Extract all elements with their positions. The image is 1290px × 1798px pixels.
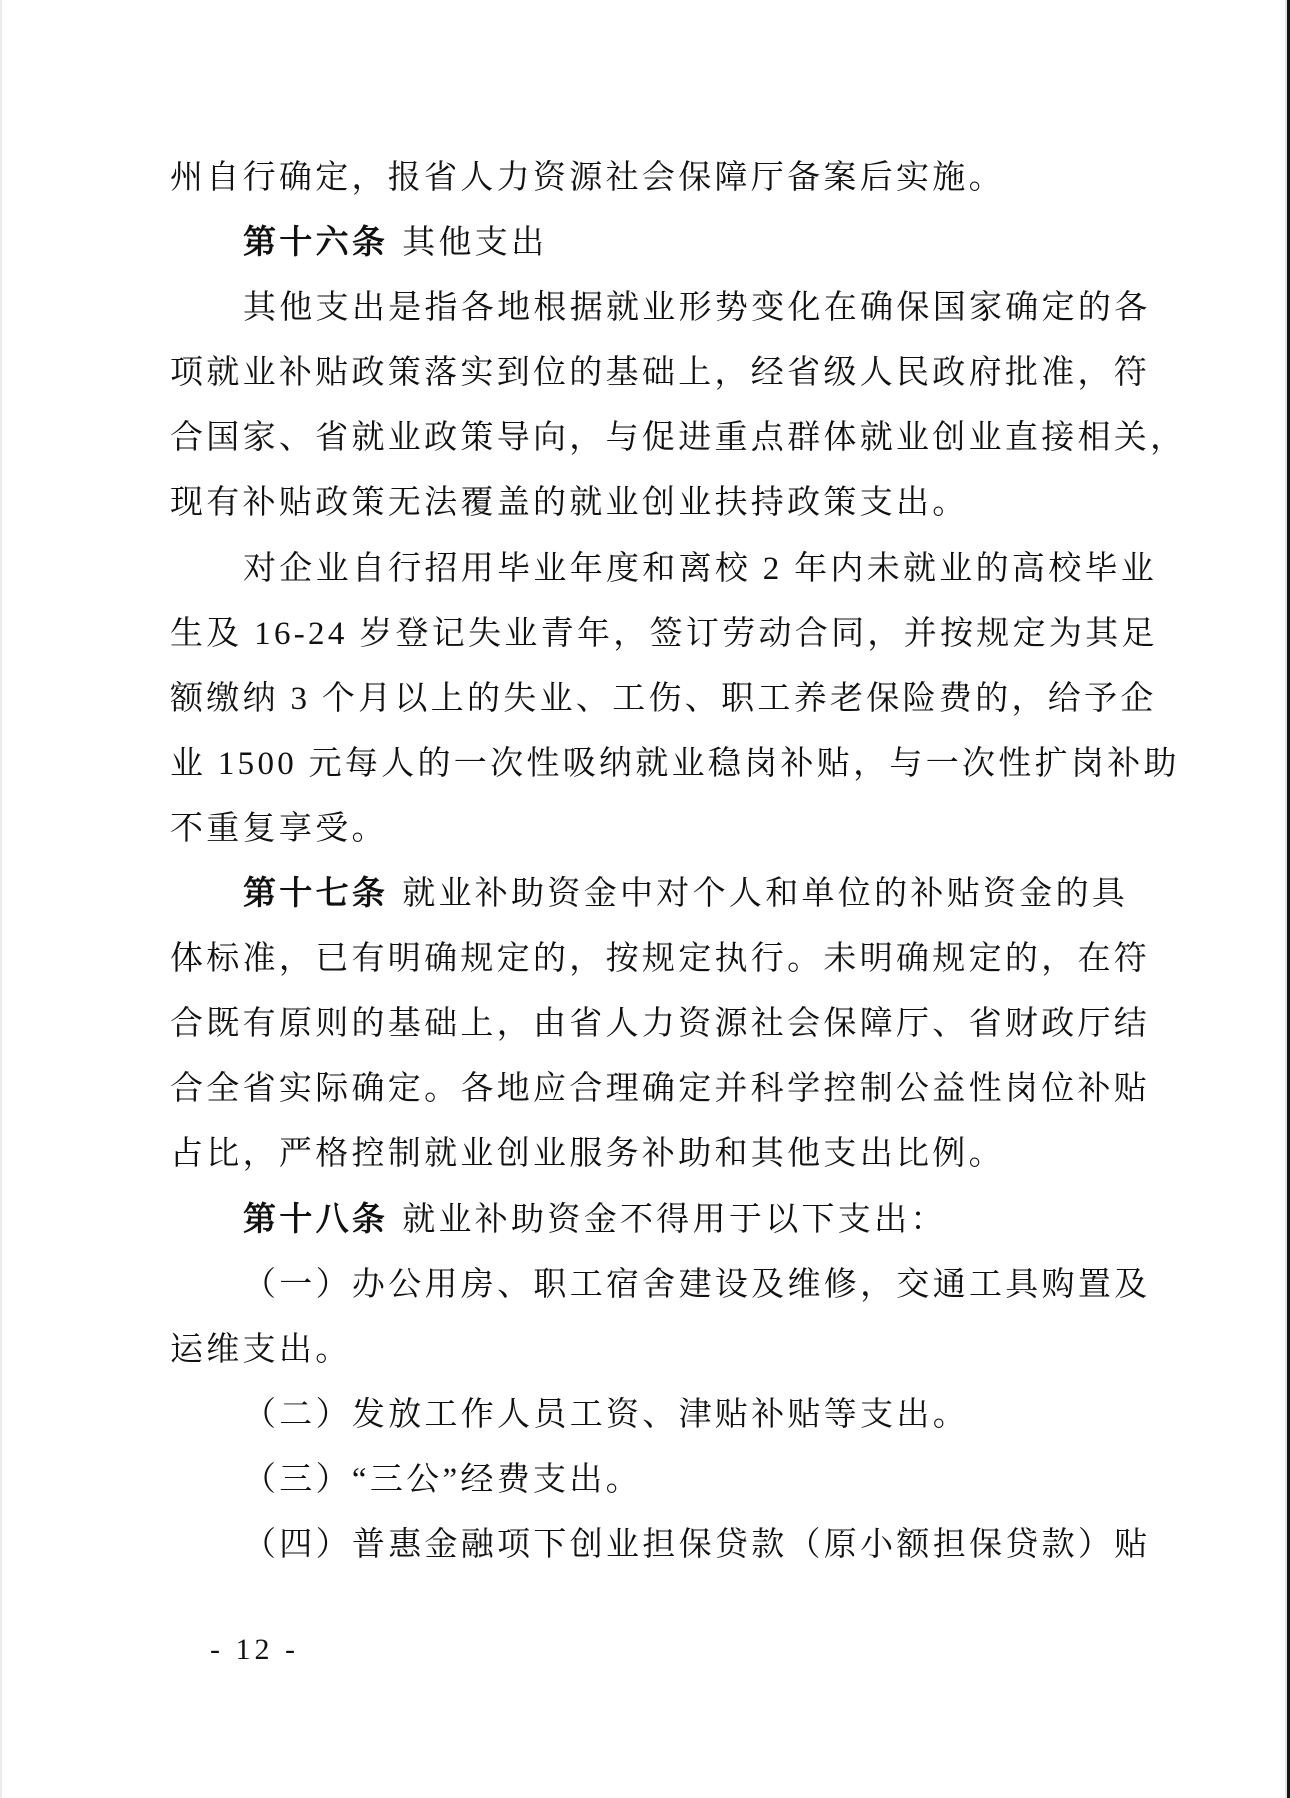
text-line-16: 占比，严格控制就业创业服务补助和其他支出比例。	[170, 1122, 1120, 1187]
list-item-4: （四）普惠金融项下创业担保贷款（原小额担保贷款）贴	[170, 1513, 1120, 1578]
line-text: 合国家、省就业政策导向，与促进重点群体就业创业直接相关，	[170, 420, 1186, 456]
line-text: 占比，严格控制就业创业服务补助和其他支出比例。	[170, 1136, 1005, 1172]
page-number: - 12 -	[210, 1628, 299, 1672]
article-18-paragraph: 第十八条就业补助资金不得用于以下支出：	[170, 1188, 1120, 1253]
line-text: 运维支出。	[170, 1332, 352, 1368]
text-line-9: 额缴纳 3 个月以上的失业、工伤、职工养老保险费的，给予企	[170, 667, 1120, 732]
text-line-4: 项就业补贴政策落实到位的基础上，经省级人民政府批准，符	[170, 341, 1120, 406]
line-text: 合全省实际确定。各地应合理确定并科学控制公益性岗位补贴	[170, 1071, 1150, 1107]
list-item-3: （三）“三公”经费支出。	[170, 1448, 1120, 1513]
line-text: （四）普惠金融项下创业担保贷款（原小额担保贷款）贴	[243, 1527, 1151, 1563]
line-text: 现有补贴政策无法覆盖的就业创业扶持政策支出。	[170, 485, 969, 521]
document-page: 州自行确定，报省人力资源社会保障厅备案后实施。 第十六条其他支出 其他支出是指各…	[170, 146, 1120, 1578]
line-text: 就业补助资金中对个人和单位的补贴资金的具	[402, 876, 1128, 912]
line-text: 额缴纳 3 个月以上的失业、工伤、职工养老保险费的，给予企	[170, 681, 1157, 717]
article-17-paragraph: 第十七条就业补助资金中对个人和单位的补贴资金的具	[170, 862, 1120, 927]
line-text: 合既有原则的基础上，由省人力资源社会保障厅、省财政厅结	[170, 1006, 1150, 1042]
list-item-2: （二）发放工作人员工资、津贴补贴等支出。	[170, 1383, 1120, 1448]
text-line-7: 对企业自行招用毕业年度和离校 2 年内未就业的高校毕业	[170, 537, 1120, 602]
line-text: （二）发放工作人员工资、津贴补贴等支出。	[243, 1397, 969, 1433]
article-number: 第十八条	[243, 1202, 388, 1238]
line-text: 项就业补贴政策落实到位的基础上，经省级人民政府批准，符	[170, 355, 1150, 391]
text-line-13: 体标准，已有明确规定的，按规定执行。未明确规定的，在符	[170, 927, 1120, 992]
line-text: （一）办公用房、职工宿舍建设及维修，交通工具购置及	[243, 1267, 1151, 1303]
text-line-1: 州自行确定，报省人力资源社会保障厅备案后实施。	[170, 146, 1120, 211]
page-left-edge	[0, 0, 2, 1798]
line-text: （三）“三公”经费支出。	[243, 1462, 642, 1498]
text-line-11: 不重复享受。	[170, 797, 1120, 862]
line-text: 生及 16-24 岁登记失业青年，签订劳动合同，并按规定为其足	[170, 616, 1158, 652]
line-text: 对企业自行招用毕业年度和离校 2 年内未就业的高校毕业	[243, 551, 1157, 587]
text-line-8: 生及 16-24 岁登记失业青年，签订劳动合同，并按规定为其足	[170, 602, 1120, 667]
text-line-3: 其他支出是指各地根据就业形势变化在确保国家确定的各	[170, 276, 1120, 341]
line-text: 不重复享受。	[170, 811, 388, 847]
line-text: 就业补助资金不得用于以下支出：	[402, 1202, 947, 1238]
line-text: 业 1500 元每人的一次性吸纳就业稳岗补贴，与一次性扩岗补助	[170, 746, 1180, 782]
article-16-heading: 第十六条其他支出	[170, 211, 1120, 276]
text-line-5: 合国家、省就业政策导向，与促进重点群体就业创业直接相关，	[170, 406, 1120, 471]
article-title: 其他支出	[402, 225, 547, 261]
article-number: 第十六条	[243, 225, 388, 261]
text-line-14: 合既有原则的基础上，由省人力资源社会保障厅、省财政厅结	[170, 992, 1120, 1057]
text-line-10: 业 1500 元每人的一次性吸纳就业稳岗补贴，与一次性扩岗补助	[170, 732, 1120, 797]
article-number: 第十七条	[243, 876, 388, 912]
line-text: 州自行确定，报省人力资源社会保障厅备案后实施。	[170, 160, 1005, 196]
text-line-15: 合全省实际确定。各地应合理确定并科学控制公益性岗位补贴	[170, 1057, 1120, 1122]
text-line-19: 运维支出。	[170, 1318, 1120, 1383]
line-text: 其他支出是指各地根据就业形势变化在确保国家确定的各	[243, 290, 1151, 326]
text-line-6: 现有补贴政策无法覆盖的就业创业扶持政策支出。	[170, 471, 1120, 536]
line-text: 体标准，已有明确规定的，按规定执行。未明确规定的，在符	[170, 941, 1150, 977]
list-item-1: （一）办公用房、职工宿舍建设及维修，交通工具购置及	[170, 1253, 1120, 1318]
